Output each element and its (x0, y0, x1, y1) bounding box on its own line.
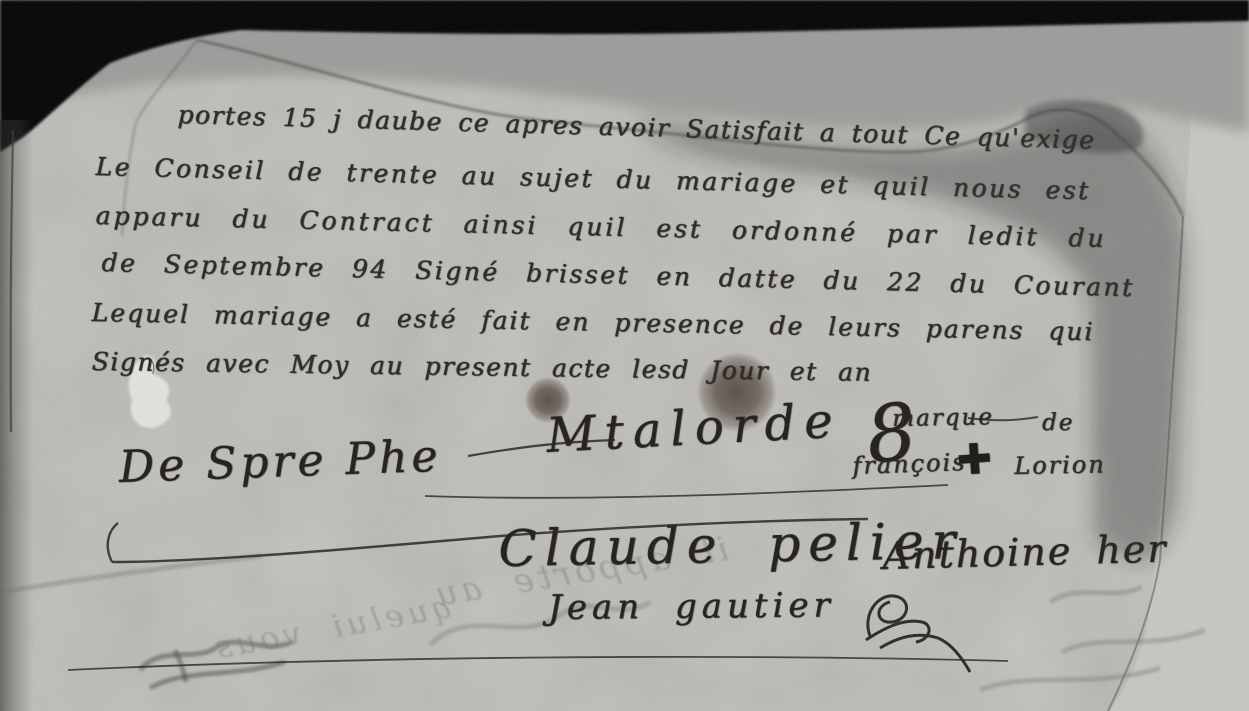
mark-caption-word-1: marque (892, 404, 994, 432)
mark-caption-word-2: de (1042, 410, 1074, 436)
signature-witness-3: Jean gautier (548, 585, 835, 627)
mark-cross-symbol: ✚ (955, 434, 994, 485)
mark-given-name: françois (852, 448, 967, 480)
binding-shadow (0, 120, 34, 711)
mark-surname: Lorion (1014, 450, 1106, 480)
manuscript-scan: il apporte au quelui vous portes 15 j da… (0, 0, 1249, 711)
signature-witness-2: Anthoine her (882, 527, 1168, 578)
